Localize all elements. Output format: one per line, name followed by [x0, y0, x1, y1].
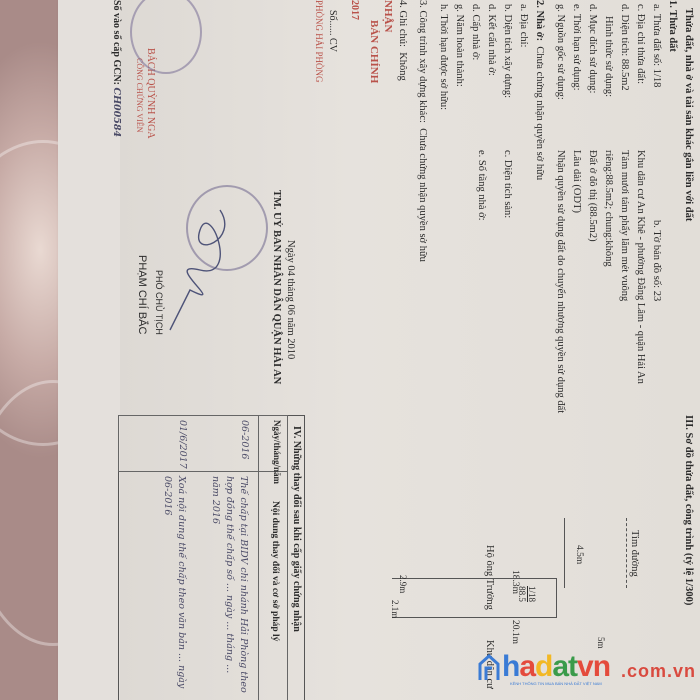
- gcn-value: CH00584: [111, 88, 122, 138]
- diagram-heading: III. Sơ đồ thửa đất, công trình (tỷ lệ 1…: [683, 415, 694, 605]
- parcel-area: 88.5: [517, 586, 527, 602]
- purpose-label: d. Mục đích sử dụng:: [587, 4, 598, 93]
- map-sheet-number: b. Tờ bản đồ số: 23: [651, 220, 662, 301]
- bottom-edge-length: 20.1m: [510, 620, 520, 644]
- built-area-label: b. Diện tích xây dựng:: [502, 4, 513, 98]
- change-date-2: 01/6/2017: [177, 420, 188, 469]
- issuing-authority: TM. UỶ BAN NHÂN DÂN QUẬN HẢI AN: [271, 190, 282, 384]
- notary-title: CÔNG CHỨNG VIÊN: [135, 58, 144, 133]
- road-label: Tim đường: [629, 530, 640, 577]
- floors-label: e. Số tầng nhà ở:: [476, 150, 487, 221]
- parcel-id: 1/18: [527, 586, 537, 602]
- house-heading: 2. Nhà ở:: [534, 0, 545, 41]
- address-value: Khu dân cư An Khê - phường Đằng Lâm - qu…: [635, 150, 646, 384]
- signer-name: PHẠM CHÍ BẮC: [136, 255, 148, 334]
- grade-label: d. Cấp nhà ở:: [470, 4, 481, 60]
- road-edge: [564, 518, 565, 588]
- notes-value: Không: [397, 52, 408, 81]
- area-label: d. Diện tích: 88.5m2: [619, 4, 630, 91]
- structure-label: d. Kết cấu nhà ở:: [486, 4, 497, 76]
- certified-line2: BẢN CHÍNH: [368, 20, 380, 83]
- term-value: Lâu dài (ODT): [571, 150, 582, 213]
- header-row-divider: [258, 415, 288, 700]
- area-words: Tám mươi tám phẩy lăm mét vuông: [619, 150, 630, 301]
- change-content-1: Thế chấp tại BIDV chi nhánh Hải Phòng th…: [208, 476, 250, 694]
- watermark-logo: hadatvn .com.vn KÊNH THÔNG TIN MUA BÁN N…: [478, 652, 698, 692]
- parcel-top-edge: [392, 578, 557, 579]
- origin-label: g. Nguồn gốc sử dụng:: [555, 4, 566, 100]
- notary-city: PHÒNG HẢI PHÒNG: [314, 0, 324, 83]
- brand-name: hadatvn: [502, 650, 610, 684]
- house-icon: [478, 654, 500, 682]
- origin-value: Nhận quyền sử dụng đất do chuyển nhượng …: [555, 150, 566, 413]
- usage-form-label: Hình thức sử dụng:: [603, 16, 614, 97]
- change-date-1: 06-2016: [239, 420, 250, 459]
- changes-heading: IV. Những thay đổi sau khi cấp giấy chứn…: [291, 426, 302, 632]
- certified-line1: NHẬN: [382, 0, 394, 32]
- parcel-label: 1/1888.5: [517, 586, 537, 602]
- address-label: c. Địa chỉ thửa đất:: [635, 4, 646, 84]
- parcel-number: a. Thửa đất số: 1/18: [651, 4, 662, 87]
- notes-label: 4. Ghi chú:: [397, 0, 408, 47]
- road-width: 5m: [596, 637, 606, 649]
- road-centerline: [626, 518, 627, 588]
- certified-year: 2017: [349, 0, 360, 20]
- brand-tagline: KÊNH THÔNG TIN MUA BÁN NHÀ ĐẤT VIỆT NAM: [510, 681, 602, 686]
- left-edge-b: 2.1m: [390, 600, 400, 618]
- section-land-subheading: 1. Thửa đất: [667, 0, 678, 52]
- signature-scribble-icon: [160, 200, 260, 340]
- purpose-value: Đất ở đô thị (88.5m2): [587, 150, 598, 242]
- other-works-value: Chưa chứng nhận quyền sở hữu: [417, 128, 428, 262]
- parcel-bottom-edge: [392, 617, 557, 618]
- usage-form-value: riêng:88.5m2; chung:không: [603, 150, 614, 267]
- completion-label: g. Năm hoàn thành:: [454, 4, 465, 87]
- right-edge-length: 4.5m: [574, 545, 584, 564]
- gcn-label: Số vào sổ cấp GCN:: [111, 0, 122, 85]
- section-land-heading: Thửa đất, nhà ở và tài sản khác gắn liền…: [683, 8, 694, 221]
- change-content-2: Xoá nội dung thế chấp theo văn bản ... n…: [160, 476, 188, 694]
- house-status: Chưa chứng nhận quyền sở hữu: [534, 46, 545, 180]
- left-edge-a: 2.9m: [398, 575, 408, 593]
- brand-domain: .com.vn: [621, 661, 696, 682]
- house-address-label: a. Địa chỉ:: [518, 4, 529, 47]
- changes-table: IV. Những thay đổi sau khi cấp giấy chứn…: [118, 415, 305, 700]
- term-label: e. Thời hạn sử dụng:: [571, 4, 582, 91]
- ownership-term-label: h. Thời hạn được sở hữu:: [438, 4, 449, 110]
- book-number: Số...... CV: [327, 10, 338, 52]
- other-works-label: 3. Công trình xây dựng khác:: [417, 0, 428, 123]
- issue-date: Ngày 04 tháng 06 năm 2010: [285, 240, 296, 359]
- certificate-content: Thửa đất, nhà ở và tài sản khác gắn liền…: [120, 0, 700, 700]
- notary-stamp: [130, 0, 202, 74]
- parcel-right-edge: [556, 578, 557, 618]
- floor-area-label: c. Diện tích sàn:: [502, 150, 513, 218]
